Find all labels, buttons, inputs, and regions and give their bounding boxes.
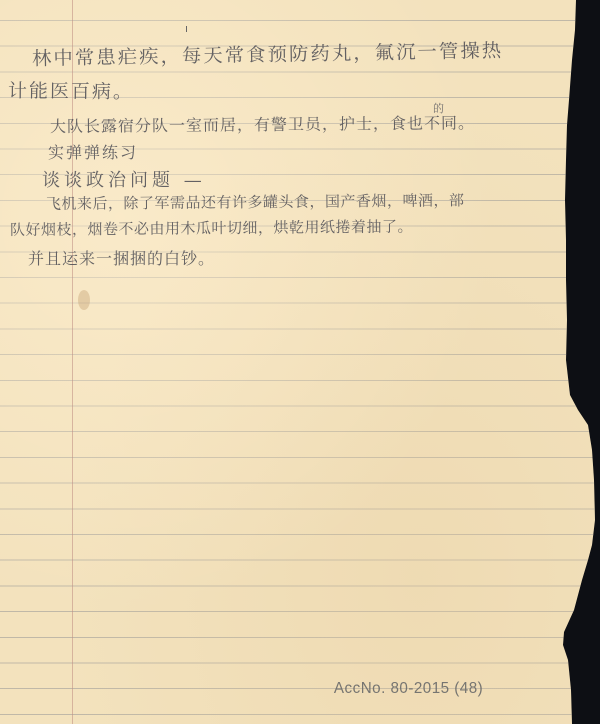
handwritten-line-3: 大队长露宿分队一室而居，有警卫员，护士，食也不同。 [50,110,475,137]
pen-mark [186,26,187,32]
paper-stain [78,290,90,310]
manuscript-page: 林中常患疟疾，每天常食预防药丸，氟沉一管操热 计能医百病。 的 大队长露宿分队一… [0,0,600,724]
handwritten-line-4: 实弹弹练习 [48,140,138,163]
handwritten-line-2: 计能医百病。 [8,76,134,104]
handwritten-line-7: 队好烟枝，烟卷不必由用木瓜叶切细，烘乾用纸捲着抽了。 [10,215,413,240]
margin-line [72,0,73,724]
handwritten-line-5: 谈谈政治问题 — [42,166,206,192]
handwritten-line-8: 并且运来一捆捆的白钞。 [28,246,215,269]
handwritten-line-1: 林中常患疟疾，每天常食预防药丸，氟沉一管操热 [32,36,504,71]
accession-number: AccNo. 80-2015 (48) [334,680,483,698]
handwritten-line-6: 飞机来后，除了军需品还有许多罐头食，国产香烟，啤酒，部 [46,189,465,214]
